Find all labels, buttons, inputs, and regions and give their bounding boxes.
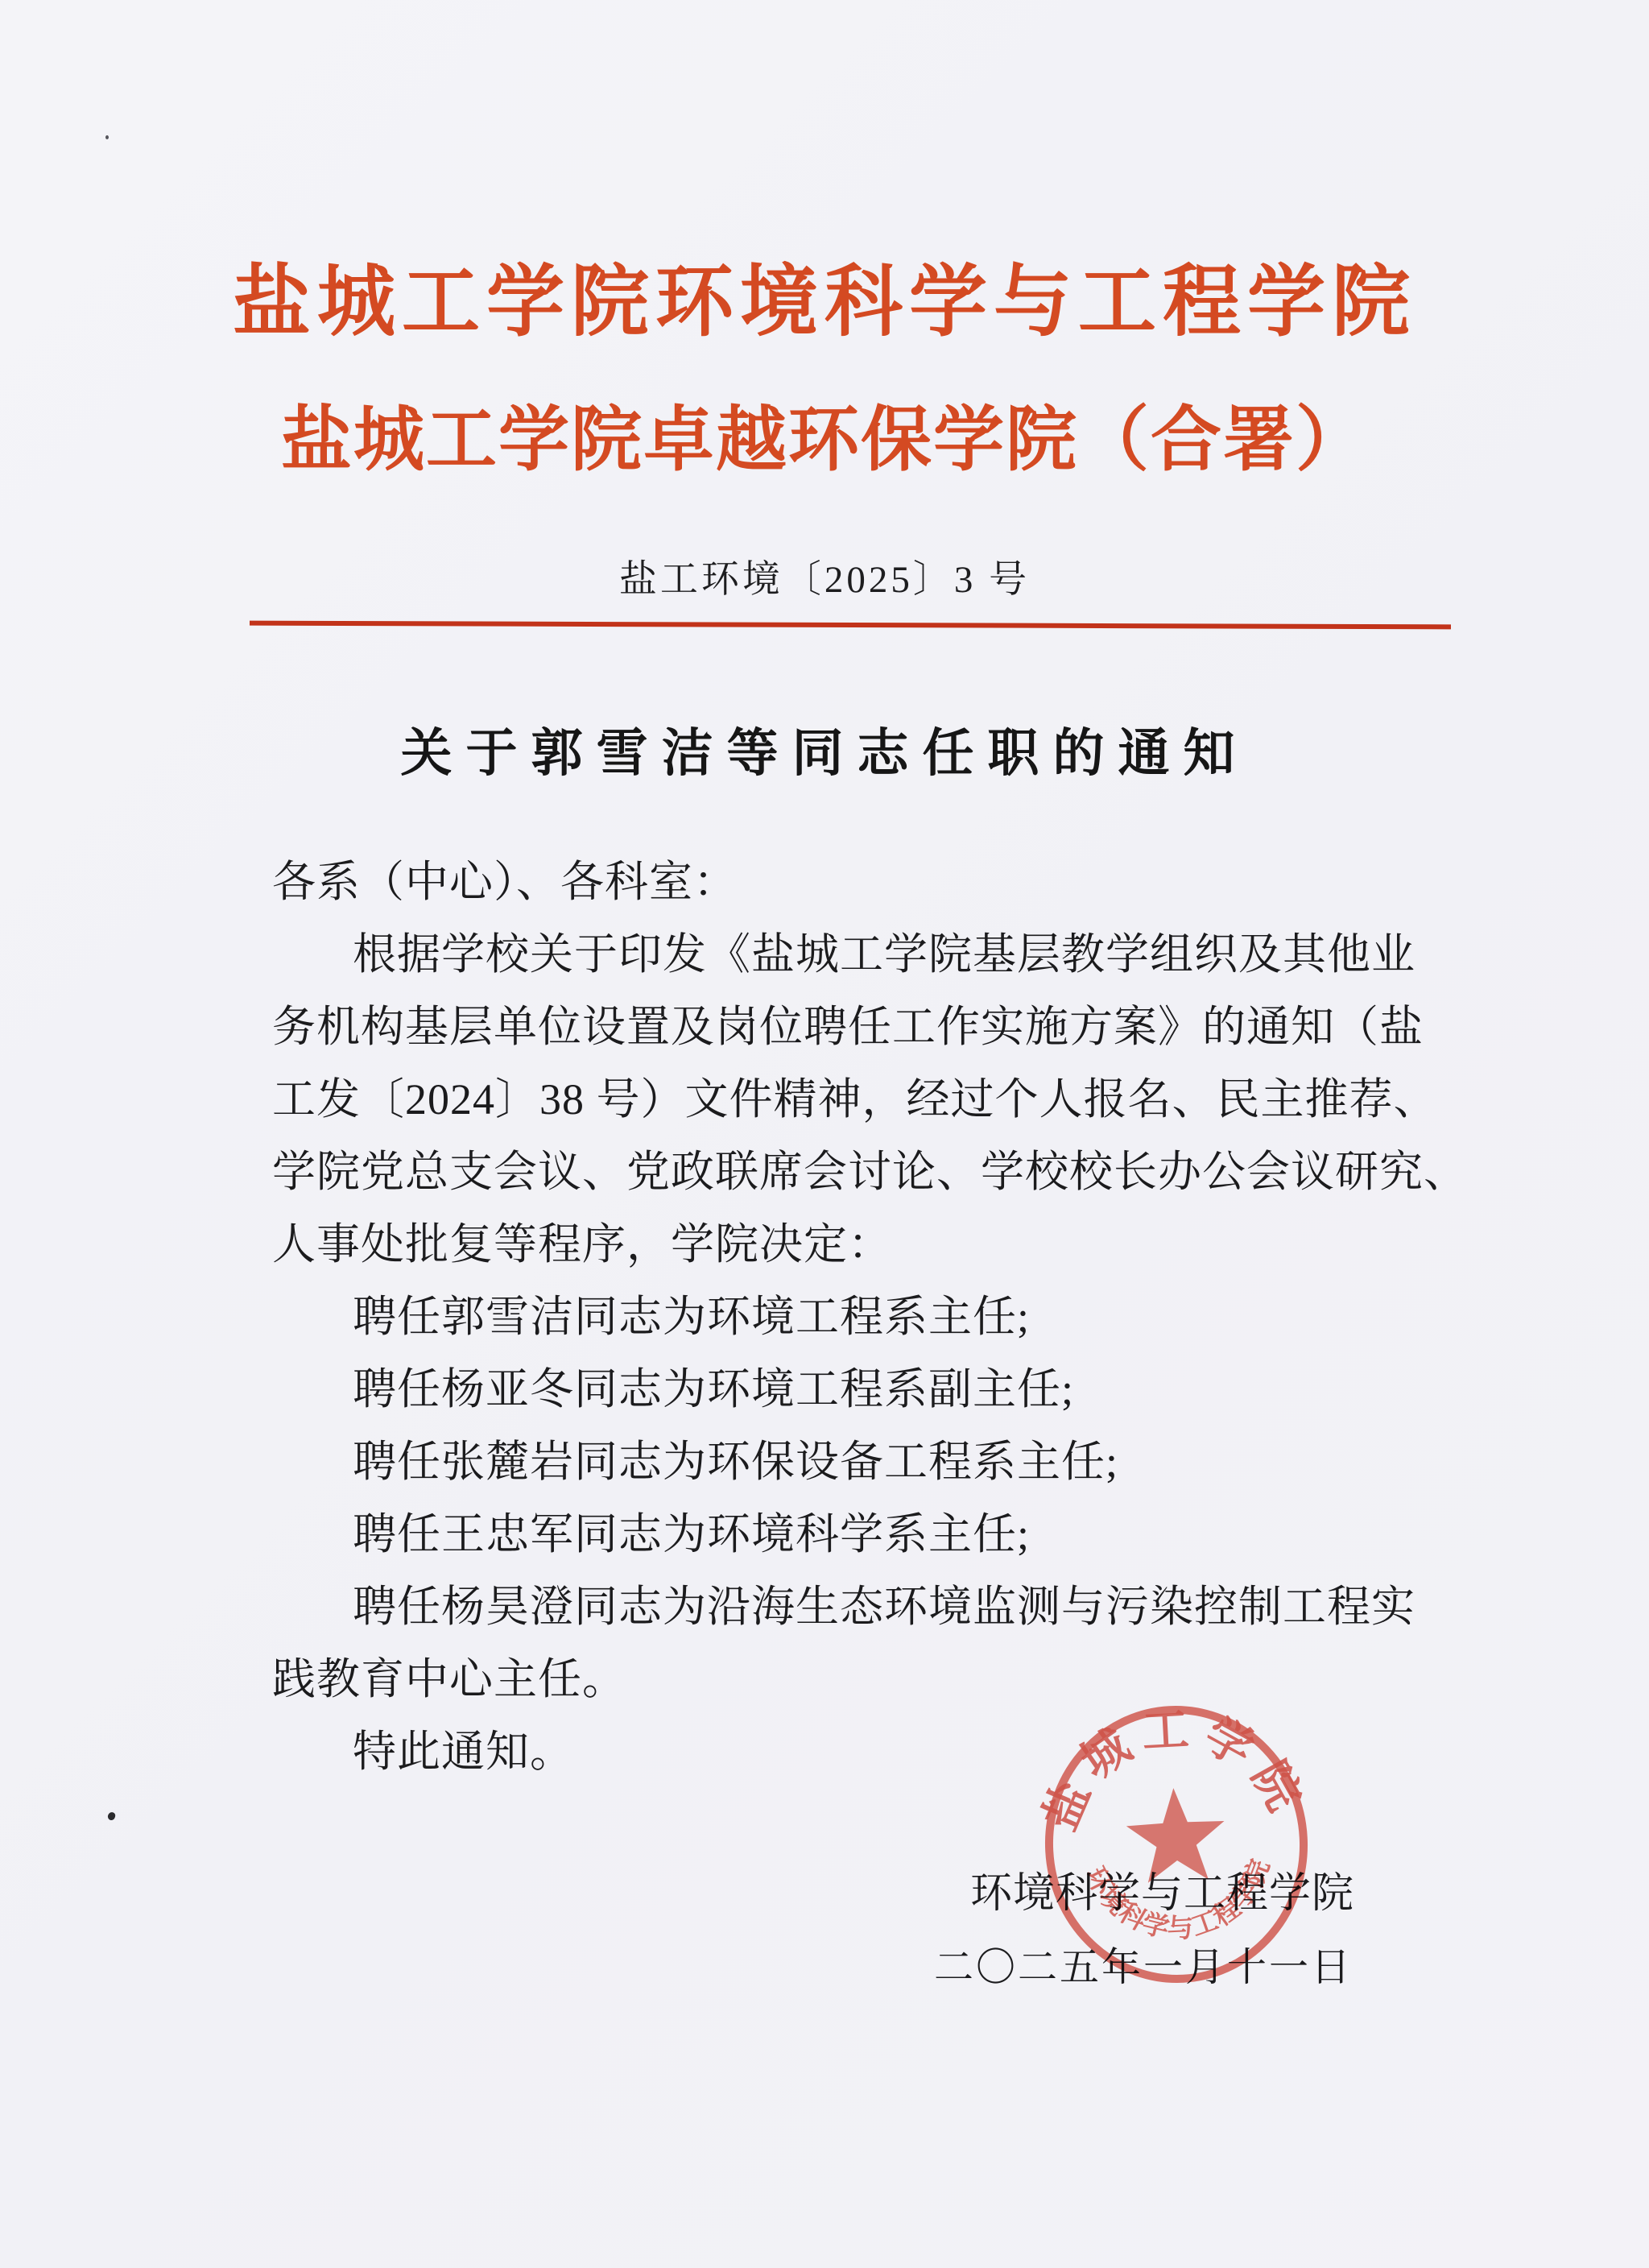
body-line-appointment: 聘任杨亚冬同志为环境工程系副主任;	[272, 1353, 1399, 1426]
seal-bottom-text: 环境科学与工程学院	[1079, 1853, 1279, 1948]
body-line: 根据学校关于印发《盐城工学院基层教学组织及其他业	[272, 918, 1399, 991]
red-divider-line	[250, 621, 1451, 630]
scan-speck	[107, 1811, 117, 1821]
notice-title: 关于郭雪洁等同志任职的通知	[0, 712, 1649, 786]
body-line: 学院党总支会议、党政联席会讨论、学校校长办公会议研究、	[272, 1136, 1399, 1208]
document-number: 盐工环境〔2025〕3 号	[0, 549, 1649, 603]
letterhead-org-line2: 盐城工学院卓越环保学院（合署）	[0, 383, 1649, 485]
official-seal: 盐城工学院 环境科学与工程学院	[1030, 1695, 1323, 1993]
notice-body: 各系（中心）、各科室： 根据学校关于印发《盐城工学院基层教学组织及其他业 务机构…	[272, 846, 1399, 1788]
body-line: 工发〔2024〕38 号）文件精神，经过个人报名、民主推荐、	[272, 1063, 1399, 1136]
body-line: 务机构基层单位设置及岗位聘任工作实施方案》的通知（盐	[272, 991, 1399, 1063]
body-line-salutation: 各系（中心）、各科室：	[272, 846, 1399, 918]
body-line-appointment: 聘任郭雪洁同志为环境工程系主任;	[272, 1281, 1399, 1353]
letterhead-org-line1: 盐城工学院环境科学与工程学院	[0, 238, 1649, 351]
body-line-appointment: 聘任张麓岩同志为环保设备工程系主任;	[272, 1426, 1399, 1498]
seal-star-icon	[1125, 1786, 1228, 1884]
body-line-appointment: 聘任王忠军同志为环境科学系主任;	[272, 1498, 1399, 1571]
body-line: 人事处批复等程序，学院决定：	[272, 1208, 1399, 1281]
body-line-appointment: 聘任杨昊澄同志为沿海生态环境监测与污染控制工程实	[272, 1571, 1399, 1643]
scan-speck-small	[105, 135, 109, 139]
scanned-notice-document: 盐城工学院环境科学与工程学院 盐城工学院卓越环保学院（合署） 盐工环境〔2025…	[0, 0, 1649, 2268]
